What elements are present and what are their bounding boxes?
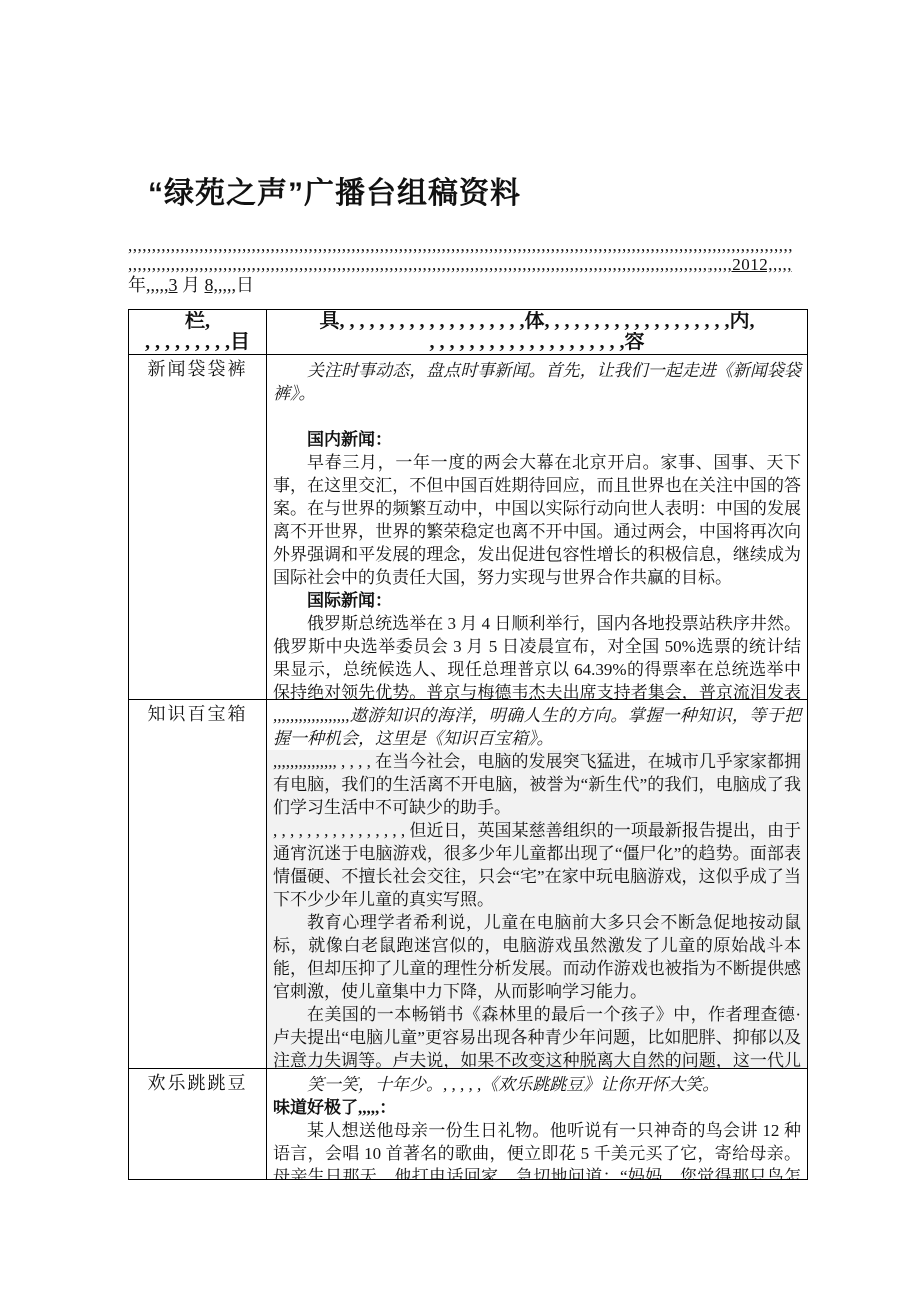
program-name: 知识百宝箱 (129, 700, 266, 726)
document-title: “绿苑之声”广播台组稿资料 (148, 176, 521, 212)
content-paragraph: 在美国的一本畅销书《森林里的最后一个孩子》中，作者理查德·卢夫提出“电脑儿童”更… (273, 1003, 801, 1068)
content-paragraph: 俄罗斯总统选举在 3 月 4 日顺利举行，国内各地投票站秩序井然。俄罗斯中央选举… (273, 612, 801, 699)
content-cell-inner: 笑一笑，十年少。, , , , ,《欢乐跳跳豆》让你开怀大笑。味道好极了,,,,… (267, 1069, 807, 1179)
document-page: “绿苑之声”广播台组稿资料 ,,,,,,,,,,,,,,,,,,,,,,,,,,… (0, 0, 920, 1302)
content-paragraph: 味道好极了,,,,,： (273, 1096, 801, 1119)
column-header-name-line2: , , , , , , , , ,目 (129, 332, 266, 353)
year-2012-underlined: ,,,,,2012,,,,, (709, 255, 793, 274)
date-day-value: 8,,,,, (205, 275, 237, 295)
content-paragraph: 笑一笑，十年少。, , , , ,《欢乐跳跳豆》让你开怀大笑。 (273, 1073, 801, 1096)
blank-line (273, 405, 801, 428)
column-header-content: 具, , , , , , , , , , , , , , , , , , ,体,… (267, 310, 808, 355)
table-row: 欢乐跳跳豆笑一笑，十年少。, , , , ,《欢乐跳跳豆》让你开怀大笑。味道好极… (129, 1069, 808, 1180)
date-line: 年,,,,,3 月 8,,,,,日 (128, 274, 254, 296)
comma-filler-line-2: ,,,,,,,,,,,,,,,,,,,,,,,,,,,,,,,,,,,,,,,,… (128, 255, 792, 274)
program-name-cell: 知识百宝箱 (129, 700, 267, 1069)
script-material-table: 栏, , , , , , , , , ,目 具, , , , , , , , ,… (128, 309, 808, 1180)
content-cell: ,,,,,,,,,,,,,,,,,,遨游知识的海洋，明确人生的方向。掌握一种知识… (267, 700, 808, 1069)
table-header-row: 栏, , , , , , , , , ,目 具, , , , , , , , ,… (129, 310, 808, 355)
content-paragraph: 国内新闻： (273, 428, 801, 451)
column-header-name-line1: 栏, (129, 311, 266, 332)
content-cell: 关注时事动态，盘点时事新闻。首先，让我们一起走进《新闻袋袋裤》。 国内新闻：早春… (267, 355, 808, 700)
content-paragraph: 教育心理学者希利说，儿童在电脑前大多只会不断急促地按动鼠标，就像白老鼠跑迷宫似的… (273, 911, 801, 1003)
date-month-label: 月 (178, 275, 205, 295)
content-paragraph: 某人想送他母亲一份生日礼物。他听说有一只神奇的鸟会讲 12 种语言，会唱 10 … (273, 1119, 801, 1179)
column-header-name: 栏, , , , , , , , , ,目 (129, 310, 267, 355)
content-cell-inner: ,,,,,,,,,,,,,,,,,,遨游知识的海洋，明确人生的方向。掌握一种知识… (267, 700, 807, 1068)
date-month-value: ,,,,,3 (146, 275, 178, 295)
comma-filler-run: ,,,,,,,,,,,,,,,,,,,,,,,,,,,,,,,,,,,,,,,,… (128, 255, 709, 274)
content-cell-inner: 关注时事动态，盘点时事新闻。首先，让我们一起走进《新闻袋袋裤》。 国内新闻：早春… (267, 355, 807, 699)
program-name: 新闻袋袋裤 (129, 355, 266, 381)
content-paragraph: 国际新闻： (273, 589, 801, 612)
program-name: 欢乐跳跳豆 (129, 1069, 266, 1095)
date-year-label: 年 (128, 275, 146, 295)
program-name-cell: 欢乐跳跳豆 (129, 1069, 267, 1180)
content-cell: 笑一笑，十年少。, , , , ,《欢乐跳跳豆》让你开怀大笑。味道好极了,,,,… (267, 1069, 808, 1180)
content-paragraph: 早春三月，一年一度的两会大幕在北京开启。家事、国事、天下事，在这里交汇，不但中国… (273, 451, 801, 589)
table-row: 知识百宝箱,,,,,,,,,,,,,,,,,,遨游知识的海洋，明确人生的方向。掌… (129, 700, 808, 1069)
comma-filler-line-1: ,,,,,,,,,,,,,,,,,,,,,,,,,,,,,,,,,,,,,,,,… (128, 236, 792, 255)
content-paragraph: ,,,,,,,,,,,,,,,,,,遨游知识的海洋，明确人生的方向。掌握一种知识… (273, 704, 801, 750)
date-day-label: 日 (236, 275, 254, 295)
column-header-content-line1: 具, , , , , , , , , , , , , , , , , , ,体,… (267, 311, 807, 332)
content-paragraph: , , , , , , , , , , , , , , , , 但近日，英国某慈… (273, 819, 801, 911)
program-name-cell: 新闻袋袋裤 (129, 355, 267, 700)
content-paragraph: 关注时事动态，盘点时事新闻。首先，让我们一起走进《新闻袋袋裤》。 (273, 359, 801, 405)
content-paragraph: ,,,,,,,,,,,,,,, , , , , 在当今社会，电脑的发展突飞猛进，… (273, 750, 801, 819)
table-row: 新闻袋袋裤关注时事动态，盘点时事新闻。首先，让我们一起走进《新闻袋袋裤》。 国内… (129, 355, 808, 700)
column-header-content-line2: , , , , , , , , , , , , , , , , , , , ,容 (267, 332, 807, 353)
highlighted-block: ,,,,,,,,,,,,,,, , , , , 在当今社会，电脑的发展突飞猛进，… (267, 750, 807, 1068)
